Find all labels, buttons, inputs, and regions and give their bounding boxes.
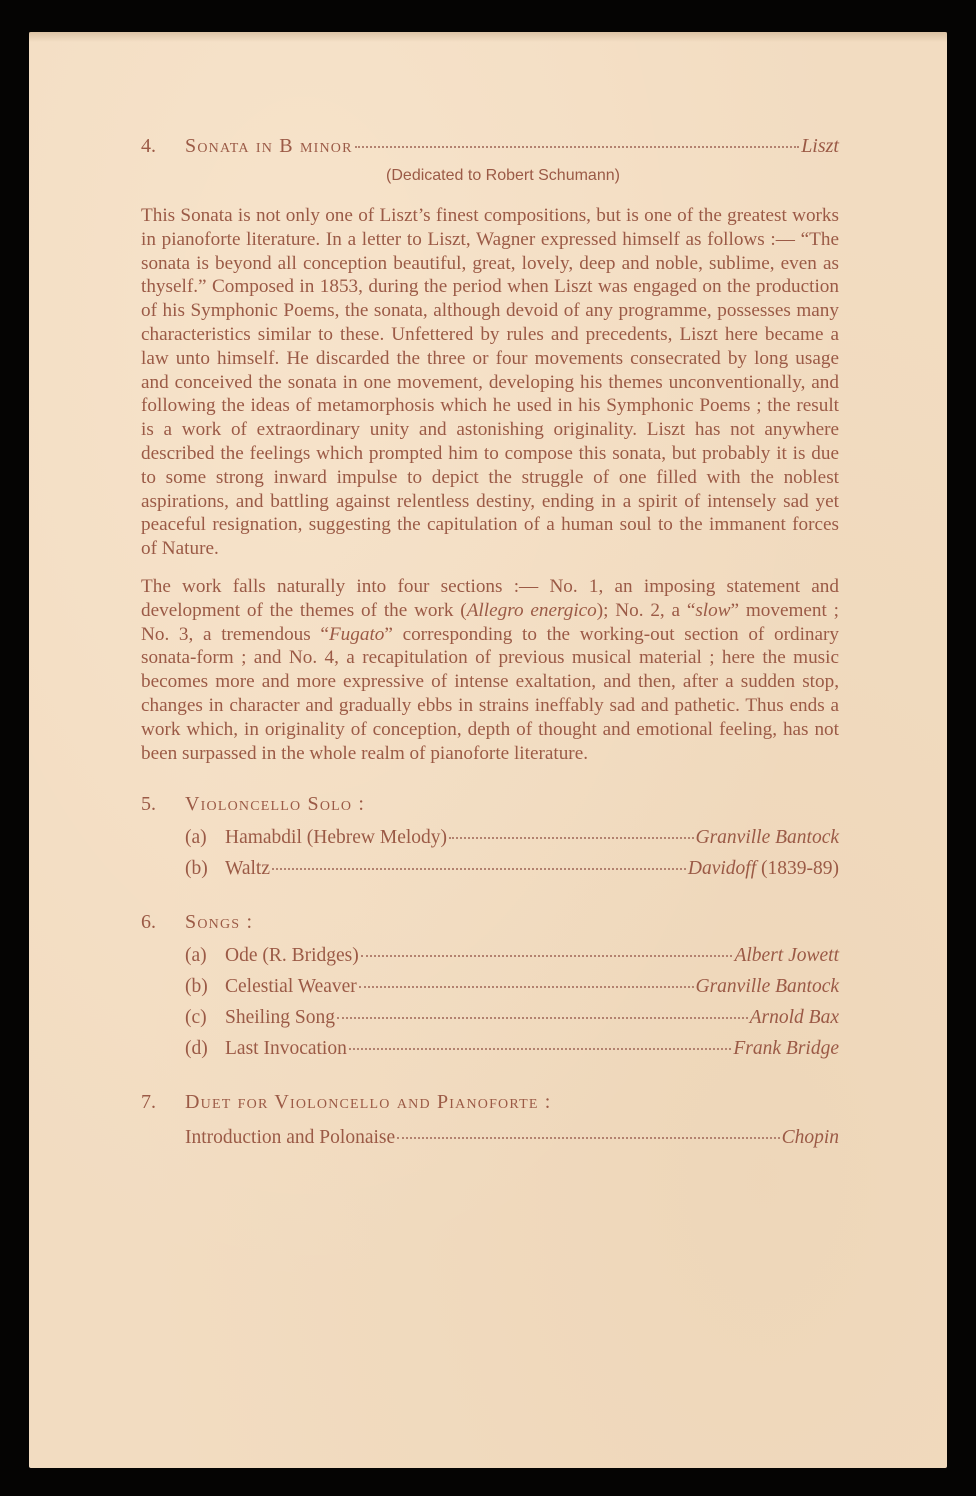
piece-title: Sheiling Song bbox=[225, 1007, 335, 1029]
program-content: 4. Sonata in B minor Liszt (Dedicated to… bbox=[141, 135, 839, 1158]
section-heading: 5. Violoncello Solo : bbox=[141, 793, 839, 821]
dot-leader bbox=[337, 1017, 748, 1019]
piece-title: Introduction and Polonaise bbox=[185, 1127, 395, 1149]
piece-title: Hamabdil (Hebrew Melody) bbox=[225, 827, 447, 849]
section-title: Duet for Violoncello and Pianoforte : bbox=[185, 1091, 552, 1114]
item-number: 7. bbox=[141, 1091, 185, 1114]
program-item-6: 6. Songs : (a) Ode (R. Bridges) Albert J… bbox=[141, 911, 839, 1069]
piece-row: (c) Sheiling Song Arnold Bax bbox=[185, 1007, 839, 1038]
composer-dates: (1839-89) bbox=[756, 858, 839, 879]
program-item-4-heading: 4. Sonata in B minor Liszt bbox=[141, 135, 839, 165]
program-note-paragraph: This Sonata is not only one of Liszt’s f… bbox=[141, 204, 839, 561]
dot-leader bbox=[361, 955, 733, 957]
dot-leader bbox=[355, 146, 800, 148]
piece-row: (a) Hamabdil (Hebrew Melody) Granville B… bbox=[185, 827, 839, 858]
composer-surname: Davidoff bbox=[688, 858, 756, 879]
piece-label: (b) bbox=[185, 976, 225, 998]
item-number: 5. bbox=[141, 793, 185, 816]
section-heading: 6. Songs : bbox=[141, 911, 839, 939]
section-title: Violoncello Solo : bbox=[185, 793, 365, 816]
piece-title: Ode (R. Bridges) bbox=[225, 945, 359, 967]
piece-title: Sonata in B minor bbox=[185, 135, 353, 158]
piece-title: Celestial Weaver bbox=[225, 976, 357, 998]
piece-label: (b) bbox=[185, 858, 225, 880]
dot-leader bbox=[272, 868, 686, 870]
dot-leader bbox=[397, 1137, 779, 1139]
dot-leader bbox=[349, 1048, 732, 1050]
program-page: 4. Sonata in B minor Liszt (Dedicated to… bbox=[29, 32, 947, 1468]
item-number: 4. bbox=[141, 135, 185, 158]
piece-label: (c) bbox=[185, 1007, 225, 1029]
item-number: 6. bbox=[141, 911, 185, 934]
piece-row: (d) Last Invocation Frank Bridge bbox=[185, 1038, 839, 1069]
composer-name: Albert Jowett bbox=[734, 945, 839, 967]
text-run: ); No. 2, a “ bbox=[597, 600, 696, 621]
composer-name: Davidoff (1839-89) bbox=[688, 858, 839, 880]
dedication-note: (Dedicated to Robert Schumann) bbox=[167, 167, 839, 185]
piece-title: Waltz bbox=[225, 858, 270, 880]
tempo-marking: slow bbox=[695, 600, 730, 621]
section-title: Songs : bbox=[185, 911, 253, 934]
piece-row: (a) Ode (R. Bridges) Albert Jowett bbox=[185, 945, 839, 976]
section-heading: 7. Duet for Violoncello and Pianoforte : bbox=[141, 1091, 839, 1119]
dot-leader bbox=[359, 986, 694, 988]
composer-name: Liszt bbox=[801, 135, 839, 158]
piece-row: Introduction and Polonaise Chopin bbox=[185, 1127, 839, 1158]
tempo-marking: Fugato bbox=[329, 624, 384, 645]
program-note-paragraph: The work falls naturally into four secti… bbox=[141, 575, 839, 765]
dot-leader bbox=[449, 837, 693, 839]
piece-title: Last Invocation bbox=[225, 1038, 347, 1060]
tempo-marking: Allegro energico bbox=[467, 600, 597, 621]
composer-name: Granville Bantock bbox=[696, 827, 840, 849]
program-item-5: 5. Violoncello Solo : (a) Hamabdil (Hebr… bbox=[141, 793, 839, 889]
composer-name: Granville Bantock bbox=[696, 976, 840, 998]
piece-label: (d) bbox=[185, 1038, 225, 1060]
program-item-7: 7. Duet for Violoncello and Pianoforte :… bbox=[141, 1091, 839, 1158]
piece-row: (b) Celestial Weaver Granville Bantock bbox=[185, 976, 839, 1007]
composer-name: Arnold Bax bbox=[750, 1007, 839, 1029]
piece-label: (a) bbox=[185, 945, 225, 967]
piece-row: (b) Waltz Davidoff (1839-89) bbox=[185, 858, 839, 889]
composer-name: Frank Bridge bbox=[733, 1038, 839, 1060]
piece-label: (a) bbox=[185, 827, 225, 849]
composer-name: Chopin bbox=[782, 1127, 839, 1149]
